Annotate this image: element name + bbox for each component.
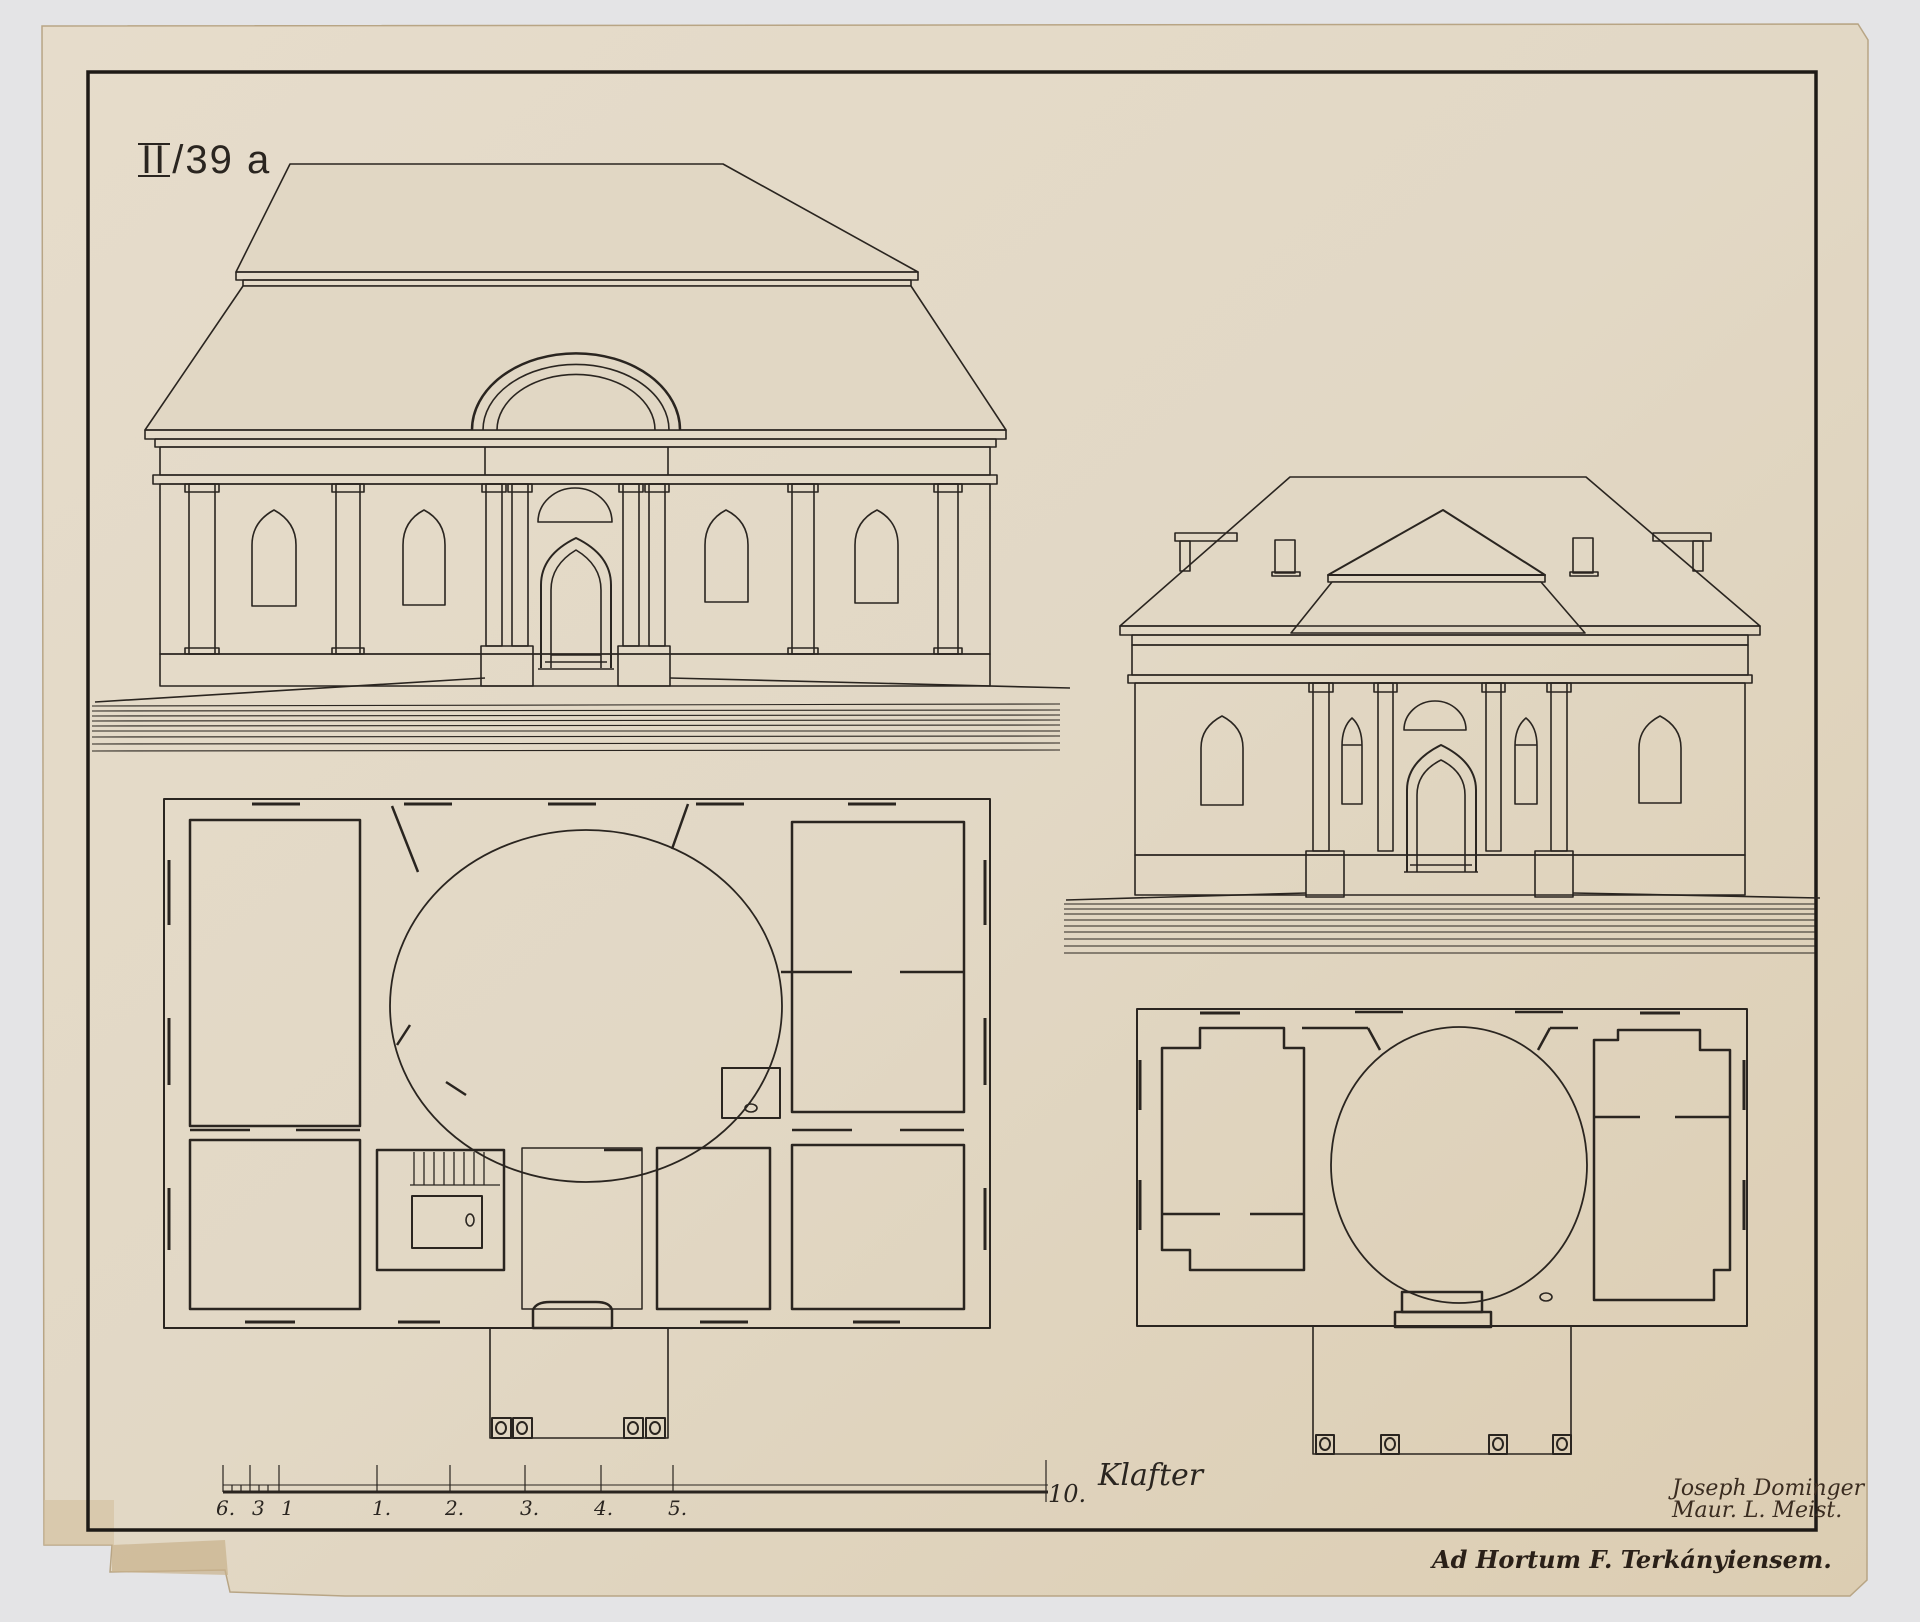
scale-label-left-2: 1: [281, 1496, 294, 1520]
scale-label-3: 3.: [520, 1496, 539, 1520]
signature-line-1: Joseph Dominger: [1672, 1478, 1864, 1500]
annotation-note: Ad Hortum F. Terkányiensem.: [1432, 1545, 1832, 1574]
signature-line-2: Maur. L. Meist.: [1672, 1500, 1864, 1522]
scale-label-10: 10.: [1048, 1480, 1086, 1508]
drawing-sheet: [0, 0, 1920, 1622]
catalog-slash: /: [172, 138, 185, 182]
architect-signature: Joseph Dominger Maur. L. Meist.: [1672, 1478, 1864, 1522]
catalog-number-value: 39: [185, 138, 234, 182]
scale-label-4: 4.: [594, 1496, 613, 1520]
catalog-suffix: a: [247, 138, 271, 182]
scale-label-left-1: 3: [252, 1496, 265, 1520]
scale-label-5: 5.: [668, 1496, 687, 1520]
catalog-roman: II: [138, 143, 170, 177]
scale-label-2: 2.: [445, 1496, 464, 1520]
scale-label-left-0: 6.: [216, 1496, 235, 1520]
scale-label-1: 1.: [372, 1496, 391, 1520]
scale-unit-label: Klafter: [1098, 1458, 1203, 1493]
catalog-number: II/39 a: [138, 138, 271, 183]
